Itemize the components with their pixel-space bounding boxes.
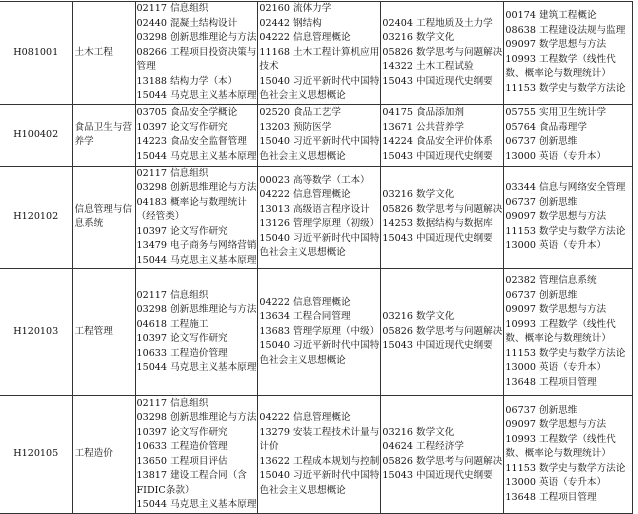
course-item: 数、概率论与数理统计） — [505, 447, 631, 462]
major-name-cell: 工程造价 — [72, 396, 135, 514]
course-item: 04222 信息管理概论 — [259, 188, 379, 203]
course-item: 色社会主义思想概论 — [259, 484, 379, 499]
course-item: 技术 — [259, 60, 379, 75]
course-item: 15043 中国近现代史纲要 — [382, 339, 502, 354]
course-item: 15043 中国近现代史纲要 — [382, 469, 502, 484]
course-item: 15040 习近平新时代中国特 — [259, 232, 379, 247]
course-item: 13126 管理学原理（初级） — [259, 217, 379, 232]
course-item: 03298 创新思维理论与方法 — [137, 31, 257, 46]
course-item: 03216 数学文化 — [382, 31, 502, 46]
course-list-cell: 04175 食品添加剂13671 公共营养学14224 食品安全评价体系1504… — [381, 104, 504, 166]
course-item: 02382 管理信息系统 — [505, 274, 631, 289]
course-item: 10993 工程数学（线性代 — [505, 53, 631, 68]
course-item: 02160 流体力学 — [259, 2, 379, 17]
course-item: 色社会主义思想概论 — [259, 246, 379, 261]
course-item: 15040 习近平新时代中国特 — [259, 135, 379, 150]
course-item: 15044 马克思主义基本原理 — [137, 498, 257, 513]
major-name-line: 食品卫生与营 — [75, 121, 134, 136]
major-code-cell: H120103 — [0, 269, 72, 396]
course-list-cell: 02404 工程地质及土力学03216 数学文化05826 数学思考与问题解决1… — [381, 2, 504, 105]
course-item: 15040 习近平新时代中国特 — [259, 469, 379, 484]
course-list-cell: 04222 信息管理概论13279 安装工程技术计量与计价13622 工程成本规… — [258, 396, 381, 514]
course-item: 03216 数学文化 — [382, 426, 502, 441]
course-list-cell: 03216 数学文化04624 工程经济学05826 数学思考与问题解决1504… — [381, 396, 504, 514]
course-item: 10397 论文写作研究 — [137, 121, 257, 136]
course-item: 02520 食品工艺学 — [259, 106, 379, 121]
course-item: 色社会主义思想概论 — [259, 354, 379, 369]
course-item: （经管类） — [137, 210, 257, 225]
course-item: 02117 信息组织 — [137, 2, 257, 17]
course-item: 02117 信息组织 — [137, 397, 257, 412]
course-list-cell: 00174 建筑工程概论08638 工程建设法规与监理09097 数学思想与方法… — [504, 2, 633, 105]
course-item: 13000 英语（专升本） — [505, 239, 631, 254]
course-item: 05826 数学思考与问题解决 — [382, 46, 502, 61]
course-item: 08266 工程项目投资决策与 — [137, 46, 257, 61]
course-item: 09097 数学思想与方法 — [505, 210, 631, 225]
course-item: 13000 英语（专升本） — [505, 476, 631, 491]
course-item: 11153 数学史与数学方法论 — [505, 82, 631, 97]
table-row: H120102信息管理与信息系统02117 信息组织03298 创新思维理论与方… — [0, 166, 633, 269]
course-item: 05764 食品毒理学 — [505, 121, 631, 136]
course-item: 10397 论文写作研究 — [137, 225, 257, 240]
table-row: H120105工程造价02117 信息组织03298 创新思维理论与方法1039… — [0, 396, 633, 514]
course-item: 11153 数学史与数学方法论 — [505, 462, 631, 477]
course-item: 13683 管理学原理（中级） — [259, 325, 379, 340]
course-list-cell: 04222 信息管理概论13634 工程合同管理13683 管理学原理（中级）1… — [258, 269, 381, 396]
major-name-line: 信息管理与信 — [75, 203, 134, 218]
course-item: 数、概率论与数理统计） — [505, 67, 631, 82]
course-item: 03298 创新思维理论与方法 — [137, 303, 257, 318]
course-item: 11153 数学史与数学方法论 — [505, 347, 631, 362]
major-name-cell: 食品卫生与营养学 — [72, 104, 135, 166]
course-item: 04222 信息管理概论 — [259, 296, 379, 311]
course-list-cell: 06737 创新思维09097 数学思想与方法10993 工程数学（线性代数、概… — [504, 396, 633, 514]
course-list-cell: 03705 食品安全学概论10397 论文写作研究14223 食品安全监督管理1… — [135, 104, 258, 166]
course-item: 数、概率论与数理统计） — [505, 332, 631, 347]
course-item: 03705 食品安全学概论 — [137, 106, 257, 121]
major-name-cell: 工程管理 — [72, 269, 135, 396]
course-item: 13671 公共营养学 — [382, 121, 502, 136]
course-item: 03344 信息与网络安全管理 — [505, 181, 631, 196]
major-code-cell: H081001 — [0, 2, 72, 105]
course-item: 13479 电子商务与网络营销 — [137, 239, 257, 254]
major-name-line: 养学 — [75, 135, 134, 150]
course-list-cell: 02520 食品工艺学13203 预防医学15040 习近平新时代中国特色社会主… — [258, 104, 381, 166]
course-list-cell: 02117 信息组织02440 混凝土结构设计03298 创新思维理论与方法08… — [135, 2, 258, 105]
course-item: 00174 建筑工程概论 — [505, 9, 631, 24]
course-item: 00023 高等数学（工本） — [259, 174, 379, 189]
course-item: 计价 — [259, 440, 379, 455]
course-list-cell: 03216 数学文化05826 数学思考与问题解决15043 中国近现代史纲要 — [381, 269, 504, 396]
course-item: 15044 马克思主义基本原理 — [137, 150, 257, 165]
course-item: 13188 结构力学（本） — [137, 75, 257, 90]
course-item: 13203 预防医学 — [259, 121, 379, 136]
course-item: 04222 信息管理概论 — [259, 31, 379, 46]
course-list-cell: 03344 信息与网络安全管理06737 创新思维09097 数学思想与方法11… — [504, 166, 633, 269]
course-item: 03298 创新思维理论与方法 — [137, 411, 257, 426]
course-item: 14322 土木工程试验 — [382, 60, 502, 75]
course-item: 13000 英语（专升本） — [505, 361, 631, 376]
course-item: 10633 工程造价管理 — [137, 347, 257, 362]
course-item: 05755 实用卫生统计学 — [505, 106, 631, 121]
course-item: 10397 论文写作研究 — [137, 426, 257, 441]
course-item: 色社会主义思想概论 — [259, 89, 379, 104]
major-code-cell: H120102 — [0, 166, 72, 269]
course-item: 06737 创新思维 — [505, 196, 631, 211]
course-list-cell: 00023 高等数学（工本）04222 信息管理概论13013 高级语言程序设计… — [258, 166, 381, 269]
major-name-cell: 土木工程 — [72, 2, 135, 105]
course-item: 04222 信息管理概论 — [259, 411, 379, 426]
course-item: 04624 工程经济学 — [382, 440, 502, 455]
course-list-cell: 02160 流体力学02442 钢结构04222 信息管理概论11168 土木工… — [258, 2, 381, 105]
course-item: 09097 数学思想与方法 — [505, 303, 631, 318]
course-item: 10397 论文写作研究 — [137, 332, 257, 347]
course-item: 02440 混凝土结构设计 — [137, 17, 257, 32]
table-body: H081001土木工程02117 信息组织02440 混凝土结构设计03298 … — [0, 2, 633, 514]
course-item: 15043 中国近现代史纲要 — [382, 75, 502, 90]
course-item: 05826 数学思考与问题解决 — [382, 203, 502, 218]
course-item: 04618 工程施工 — [137, 318, 257, 333]
course-item: 06737 创新思维 — [505, 404, 631, 419]
course-item: 15044 马克思主义基本原理 — [137, 361, 257, 376]
course-item: 色社会主义思想概论 — [259, 150, 379, 165]
exam-course-table: H081001土木工程02117 信息组织02440 混凝土结构设计03298 … — [0, 1, 633, 514]
table-row: H081001土木工程02117 信息组织02440 混凝土结构设计03298 … — [0, 2, 633, 105]
course-item: 13634 工程合同管理 — [259, 310, 379, 325]
course-item: 14223 食品安全监督管理 — [137, 135, 257, 150]
course-item: 06737 创新思维 — [505, 289, 631, 304]
course-item: 10993 工程数学（线性代 — [505, 433, 631, 448]
major-name-line: 息系统 — [75, 217, 134, 232]
course-list-cell: 02382 管理信息系统06737 创新思维09097 数学思想与方法10993… — [504, 269, 633, 396]
course-list-cell: 03216 数学文化05826 数学思考与问题解决14253 数据结构与数据库1… — [381, 166, 504, 269]
course-list-cell: 02117 信息组织03298 创新思维理论与方法04183 概率论与数理统计（… — [135, 166, 258, 269]
course-item: 11168 土木工程计算机应用 — [259, 46, 379, 61]
course-item: 15040 习近平新时代中国特 — [259, 339, 379, 354]
course-item: 13648 工程项目管理 — [505, 376, 631, 391]
course-item: 04183 概率论与数理统计 — [137, 196, 257, 211]
course-item: 05826 数学思考与问题解决 — [382, 455, 502, 470]
course-item: 14224 食品安全评价体系 — [382, 135, 502, 150]
course-item: FIDIC条款） — [137, 484, 257, 499]
course-item: 04175 食品添加剂 — [382, 106, 502, 121]
course-item: 13013 高级语言程序设计 — [259, 203, 379, 218]
course-item: 13650 工程项目评估 — [137, 455, 257, 470]
major-code-cell: H100402 — [0, 104, 72, 166]
course-item: 15043 中国近现代史纲要 — [382, 150, 502, 165]
course-item: 13817 建设工程合同（含 — [137, 469, 257, 484]
course-item: 15044 马克思主义基本原理 — [137, 254, 257, 269]
course-item: 13000 英语（专升本） — [505, 150, 631, 165]
course-item: 06737 创新思维 — [505, 135, 631, 150]
course-item: 13279 安装工程技术计量与 — [259, 426, 379, 441]
course-list-cell: 02117 信息组织03298 创新思维理论与方法04618 工程施工10397… — [135, 269, 258, 396]
course-item: 03216 数学文化 — [382, 188, 502, 203]
course-item: 02117 信息组织 — [137, 289, 257, 304]
course-item: 03298 创新思维理论与方法 — [137, 181, 257, 196]
table-row: H120103工程管理02117 信息组织03298 创新思维理论与方法0461… — [0, 269, 633, 396]
table-row: H100402食品卫生与营养学03705 食品安全学概论10397 论文写作研究… — [0, 104, 633, 166]
course-item: 11153 数学史与数学方法论 — [505, 225, 631, 240]
major-name-cell: 信息管理与信息系统 — [72, 166, 135, 269]
course-item: 15043 中国近现代史纲要 — [382, 232, 502, 247]
course-item: 02404 工程地质及土力学 — [382, 17, 502, 32]
course-item: 10993 工程数学（线性代 — [505, 318, 631, 333]
course-item: 09097 数学思想与方法 — [505, 38, 631, 53]
course-item: 15040 习近平新时代中国特 — [259, 75, 379, 90]
course-item: 10633 工程造价管理 — [137, 440, 257, 455]
course-item: 管理 — [137, 60, 257, 75]
course-item: 13622 工程成本规划与控制 — [259, 455, 379, 470]
course-item: 05826 数学思考与问题解决 — [382, 325, 502, 340]
course-item: 02117 信息组织 — [137, 167, 257, 182]
course-list-cell: 02117 信息组织03298 创新思维理论与方法10397 论文写作研究106… — [135, 396, 258, 514]
course-item: 13648 工程项目管理 — [505, 491, 631, 506]
course-list-cell: 05755 实用卫生统计学05764 食品毒理学06737 创新思维13000 … — [504, 104, 633, 166]
course-item: 02442 钢结构 — [259, 17, 379, 32]
course-item: 08638 工程建设法规与监理 — [505, 24, 631, 39]
course-item: 03216 数学文化 — [382, 310, 502, 325]
course-item: 09097 数学思想与方法 — [505, 418, 631, 433]
major-code-cell: H120105 — [0, 396, 72, 514]
course-item: 15044 马克思主义基本原理 — [137, 89, 257, 104]
course-item: 14253 数据结构与数据库 — [382, 217, 502, 232]
